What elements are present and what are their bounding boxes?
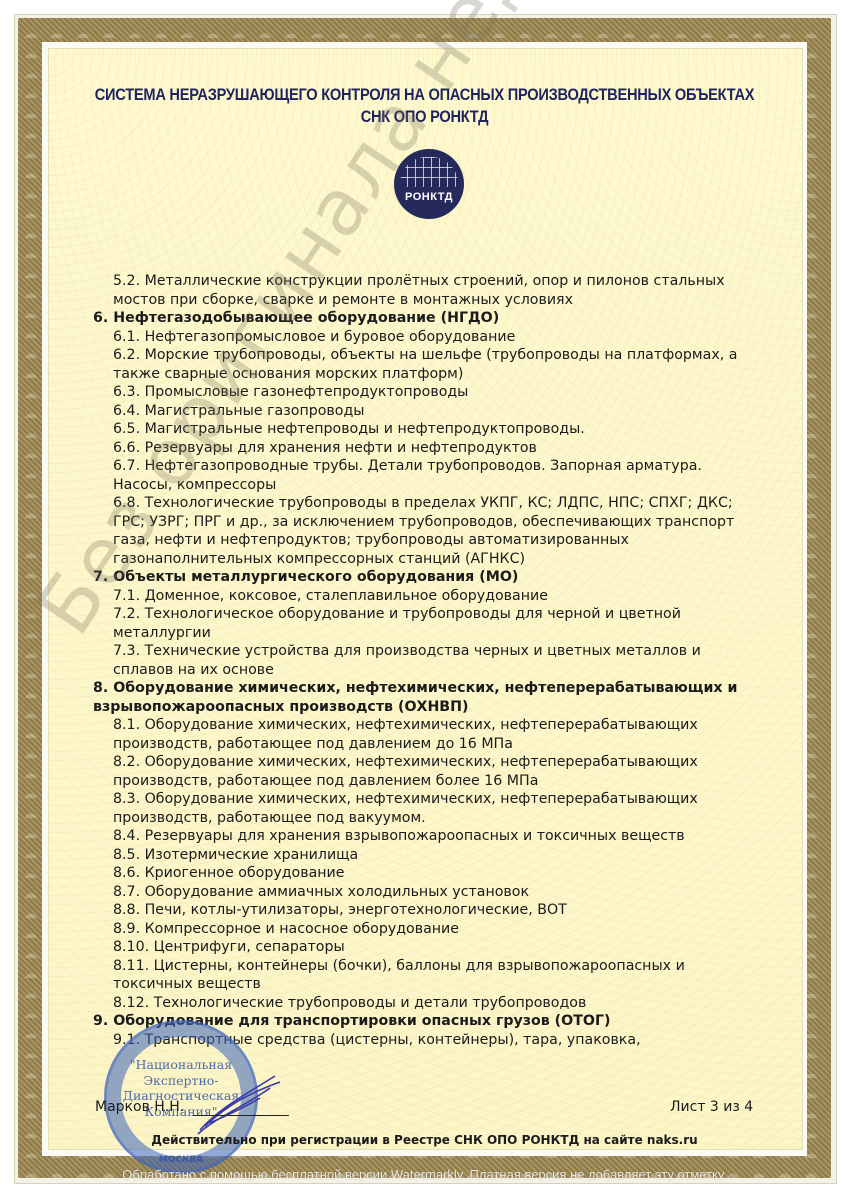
line-text: мостов при сборке, сварке и ремонте в мо…: [113, 291, 773, 310]
signature-icon: [180, 1068, 290, 1138]
line-text: производств, работающее под вакуумом.: [113, 809, 773, 828]
line-text: 8.12. Технологические трубопроводы и дет…: [113, 994, 773, 1013]
list-item: 8.5. Изотермические хранилища: [93, 846, 773, 865]
line-text: 6.6. Резервуары для хранения нефти и неф…: [113, 439, 773, 458]
header-title-line2: СНК ОПО РОНКТД: [59, 106, 789, 128]
list-item: 8.11. Цистерны, контейнеры (бочки), балл…: [93, 957, 773, 994]
line-text: сплавов на их основе: [113, 661, 773, 680]
line-text: 6. Нефтегазодобывающее оборудование (НГД…: [93, 309, 773, 328]
list-item: 6.3. Промысловые газонефтепродуктопровод…: [93, 383, 773, 402]
section-heading: 7. Объекты металлургического оборудовани…: [93, 568, 773, 587]
list-item: 8.1. Оборудование химических, нефтехимич…: [93, 716, 773, 753]
registry-note: Действительно при регистрации в Реестре …: [0, 1133, 849, 1147]
line-text: газонаполнительных компрессорных станций…: [113, 550, 773, 569]
line-text: 6.5. Магистральные нефтепроводы и нефтеп…: [113, 420, 773, 439]
line-text: 8.7. Оборудование аммиачных холодильных …: [113, 883, 773, 902]
list-item: 6.2. Морские трубопроводы, объекты на ше…: [93, 346, 773, 383]
logo-text: РОНКТД: [394, 191, 464, 203]
line-text: взрывопожароопасных производств (ОХНВП): [93, 698, 773, 717]
tool-watermark: Обработано с помощью бесплатной версии W…: [0, 1167, 849, 1182]
list-item: 6.8. Технологические трубопроводы в пред…: [93, 494, 773, 568]
section-heading: 8. Оборудование химических, нефтехимичес…: [93, 679, 773, 716]
line-text: 8.5. Изотермические хранилища: [113, 846, 773, 865]
sheet-number: Лист 3 из 4: [670, 1099, 753, 1115]
line-text: 8.1. Оборудование химических, нефтехимич…: [113, 716, 773, 735]
line-text: 7.3. Технические устройства для производ…: [113, 642, 773, 661]
section-heading: 6. Нефтегазодобывающее оборудование (НГД…: [93, 309, 773, 328]
line-text: 6.3. Промысловые газонефтепродуктопровод…: [113, 383, 773, 402]
list-item: 6.4. Магистральные газопроводы: [93, 402, 773, 421]
list-item: 8.9. Компрессорное и насосное оборудован…: [93, 920, 773, 939]
list-item: 6.5. Магистральные нефтепроводы и нефтеп…: [93, 420, 773, 439]
list-item: 8.2. Оборудование химических, нефтехимич…: [93, 753, 773, 790]
line-text: 5.2. Металлические конструкции пролётных…: [113, 272, 773, 291]
line-text: 7.2. Технологическое оборудование и труб…: [113, 605, 773, 624]
document-header: СИСТЕМА НЕРАЗРУШАЮЩЕГО КОНТРОЛЯ НА ОПАСН…: [59, 84, 789, 128]
line-text: 6.7. Нефтегазопроводные трубы. Детали тр…: [113, 457, 773, 476]
list-item: 8.12. Технологические трубопроводы и дет…: [93, 994, 773, 1013]
list-item: 7.3. Технические устройства для производ…: [93, 642, 773, 679]
line-text: 6.4. Магистральные газопроводы: [113, 402, 773, 421]
line-text: 8.2. Оборудование химических, нефтехимич…: [113, 753, 773, 772]
scope-list: 5.2. Металлические конструкции пролётных…: [93, 272, 773, 1049]
list-item: 6.1. Нефтегазопромысловое и буровое обор…: [93, 328, 773, 347]
globe-icon: [400, 157, 458, 187]
line-text: газа, нефти и нефтепродуктов; трубопрово…: [113, 531, 773, 550]
line-text: 8.9. Компрессорное и насосное оборудован…: [113, 920, 773, 939]
line-text: 8.8. Печи, котлы-утилизаторы, энерготехн…: [113, 901, 773, 920]
signature-line: [193, 1115, 289, 1116]
list-item: 5.2. Металлические конструкции пролётных…: [93, 272, 773, 309]
line-text: 7.1. Доменное, коксовое, сталеплавильное…: [113, 587, 773, 606]
list-item: 7.2. Технологическое оборудование и труб…: [93, 605, 773, 642]
line-text: 8.11. Цистерны, контейнеры (бочки), балл…: [113, 957, 773, 976]
list-item: 6.7. Нефтегазопроводные трубы. Детали тр…: [93, 457, 773, 494]
stamp-city: МОСКВА: [107, 1155, 255, 1165]
line-text: Насосы, компрессоры: [113, 476, 773, 495]
line-text: токсичных веществ: [113, 975, 773, 994]
list-item: 8.4. Резервуары для хранения взрывопожар…: [93, 827, 773, 846]
line-text: также сварные основания морских платформ…: [113, 365, 773, 384]
line-text: 8. Оборудование химических, нефтехимичес…: [93, 679, 773, 698]
line-text: 8.4. Резервуары для хранения взрывопожар…: [113, 827, 773, 846]
list-item: 8.6. Криогенное оборудование: [93, 864, 773, 883]
line-text: 8.6. Криогенное оборудование: [113, 864, 773, 883]
line-text: ГРС; УЗРГ; ПРГ и др., за исключением тру…: [113, 513, 773, 532]
line-text: 6.2. Морские трубопроводы, объекты на ше…: [113, 346, 773, 365]
list-item: 6.6. Резервуары для хранения нефти и неф…: [93, 439, 773, 458]
line-text: 6.8. Технологические трубопроводы в пред…: [113, 494, 773, 513]
ronktd-logo: РОНКТД: [394, 149, 464, 219]
header-title-line1: СИСТЕМА НЕРАЗРУШАЮЩЕГО КОНТРОЛЯ НА ОПАСН…: [59, 84, 789, 106]
list-item: 8.10. Центрифуги, сепараторы: [93, 938, 773, 957]
line-text: металлургии: [113, 624, 773, 643]
line-text: 7. Объекты металлургического оборудовани…: [93, 568, 773, 587]
signer-name: Марков Н.Н.: [95, 1099, 184, 1115]
line-text: производств, работающее под давлением до…: [113, 735, 773, 754]
list-item: 8.8. Печи, котлы-утилизаторы, энерготехн…: [93, 901, 773, 920]
list-item: 7.1. Доменное, коксовое, сталеплавильное…: [93, 587, 773, 606]
line-text: 8.10. Центрифуги, сепараторы: [113, 938, 773, 957]
line-text: 6.1. Нефтегазопромысловое и буровое обор…: [113, 328, 773, 347]
line-text: производств, работающее под давлением бо…: [113, 772, 773, 791]
list-item: 8.7. Оборудование аммиачных холодильных …: [93, 883, 773, 902]
list-item: 8.3. Оборудование химических, нефтехимич…: [93, 790, 773, 827]
line-text: 8.3. Оборудование химических, нефтехимич…: [113, 790, 773, 809]
